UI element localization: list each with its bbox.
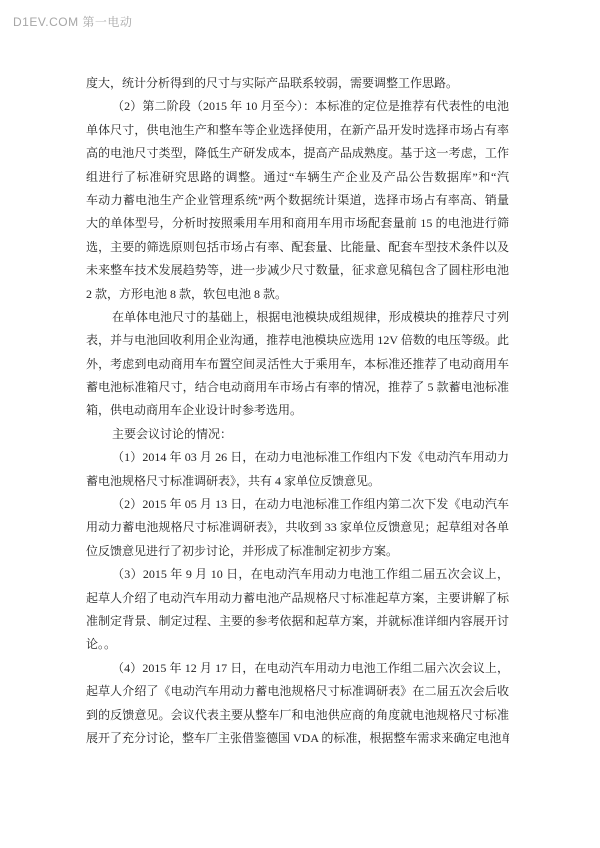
text-line: 蓄电池标准箱尺寸，结合电动商用车市场占有率的情况，推荐了 5 款蓄电池标准 [86,376,509,399]
text-line: 单体尺寸，供电池生产和整车等企业选择使用，在新产品开发时选择市场占有率 [86,119,509,142]
text-line: 起草人介绍了电动汽车用动力蓄电池产品规格尺寸标准起草方案，主要讲解了标 [86,587,509,610]
text-line: 度大，统计分析得到的尺寸与实际产品联系较弱，需要调整工作思路。 [86,72,509,95]
text-line: 车动力蓄电池生产企业管理系统”两个数据统计渠道，选择市场占有率高、销量 [86,189,509,212]
text-line: 蓄电池规格尺寸标准调研表》，共有 4 家单位反馈意见。 [86,470,509,493]
text-line: 组进行了标准研究思路的调整。通过“车辆生产企业及产品公告数据库”和“汽 [86,166,509,189]
text-line: （1）2014 年 03 月 26 日，在动力电池标准工作组内下发《电动汽车用动… [86,446,509,469]
text-line: 起草人介绍了《电动汽车用动力蓄电池规格尺寸标准调研表》在二届五次会后收 [86,680,509,703]
document-page: D1EV.COM 第一电动 度大，统计分析得到的尺寸与实际产品联系较弱，需要调整… [0,0,600,848]
text-line: 外，考虑到电动商用车布置空间灵活性大于乘用车，本标准还推荐了电动商用车 [86,353,509,376]
text-line: 箱，供电动商用车企业设计时参考选用。 [86,399,509,422]
text-line: （2）2015 年 05 月 13 日，在动力电池标准工作组内第二次下发《电动汽… [86,493,509,516]
text-line: 在单体电池尺寸的基础上，根据电池模块成组规律，形成模块的推荐尺寸列 [86,306,509,329]
text-line: 论。。 [86,633,509,656]
text-line: （4）2015 年 12 月 17 日，在电动汽车用动力电池工作组二届六次会议上… [86,657,509,680]
text-line: 位反馈意见进行了初步讨论，并形成了标准制定初步方案。 [86,540,509,563]
text-line: 大的单体型号，分析时按照乘用车用和商用车用市场配套量前 15 的电池进行筛 [86,212,509,235]
document-body: 度大，统计分析得到的尺寸与实际产品联系较弱，需要调整工作思路。（2）第二阶段（2… [86,72,509,750]
text-line: 主要会议讨论的情况： [86,423,509,446]
text-line: 展开了充分讨论，整车厂主张借鉴德国 VDA 的标准，根据整车需求来确定电池单 [86,727,509,750]
text-line: 未来整车技术发展趋势等，进一步减少尺寸数量，征求意见稿包含了圆柱形电池 [86,259,509,282]
text-line: 准制定背景、制定过程、主要的参考依据和起草方案，并就标准详细内容展开讨 [86,610,509,633]
text-line: 选，主要的筛选原则包括市场占有率、配套量、比能量、配套车型技术条件以及 [86,236,509,259]
text-line: 高的电池尺寸类型，降低生产研发成本，提高产品成熟度。基于这一考虑，工作 [86,142,509,165]
text-line: 用动力蓄电池规格尺寸标准调研表》，共收到 33 家单位反馈意见；起草组对各单 [86,516,509,539]
text-line: （2）第二阶段（2015 年 10 月至今）：本标准的定位是推荐有代表性的电池 [86,95,509,118]
site-watermark-logo: D1EV.COM 第一电动 [13,13,132,30]
text-line: 到的反馈意见。会议代表主要从整车厂和电池供应商的角度就电池规格尺寸标准 [86,704,509,727]
text-line: 表，并与电池回收利用企业沟通，推荐电池模块应选用 12V 倍数的电压等级。此 [86,329,509,352]
text-line: （3）2015 年 9 月 10 日，在电动汽车用动力电池工作组二届五次会议上， [86,563,509,586]
text-line: 2 款，方形电池 8 款，软包电池 8 款。 [86,283,509,306]
